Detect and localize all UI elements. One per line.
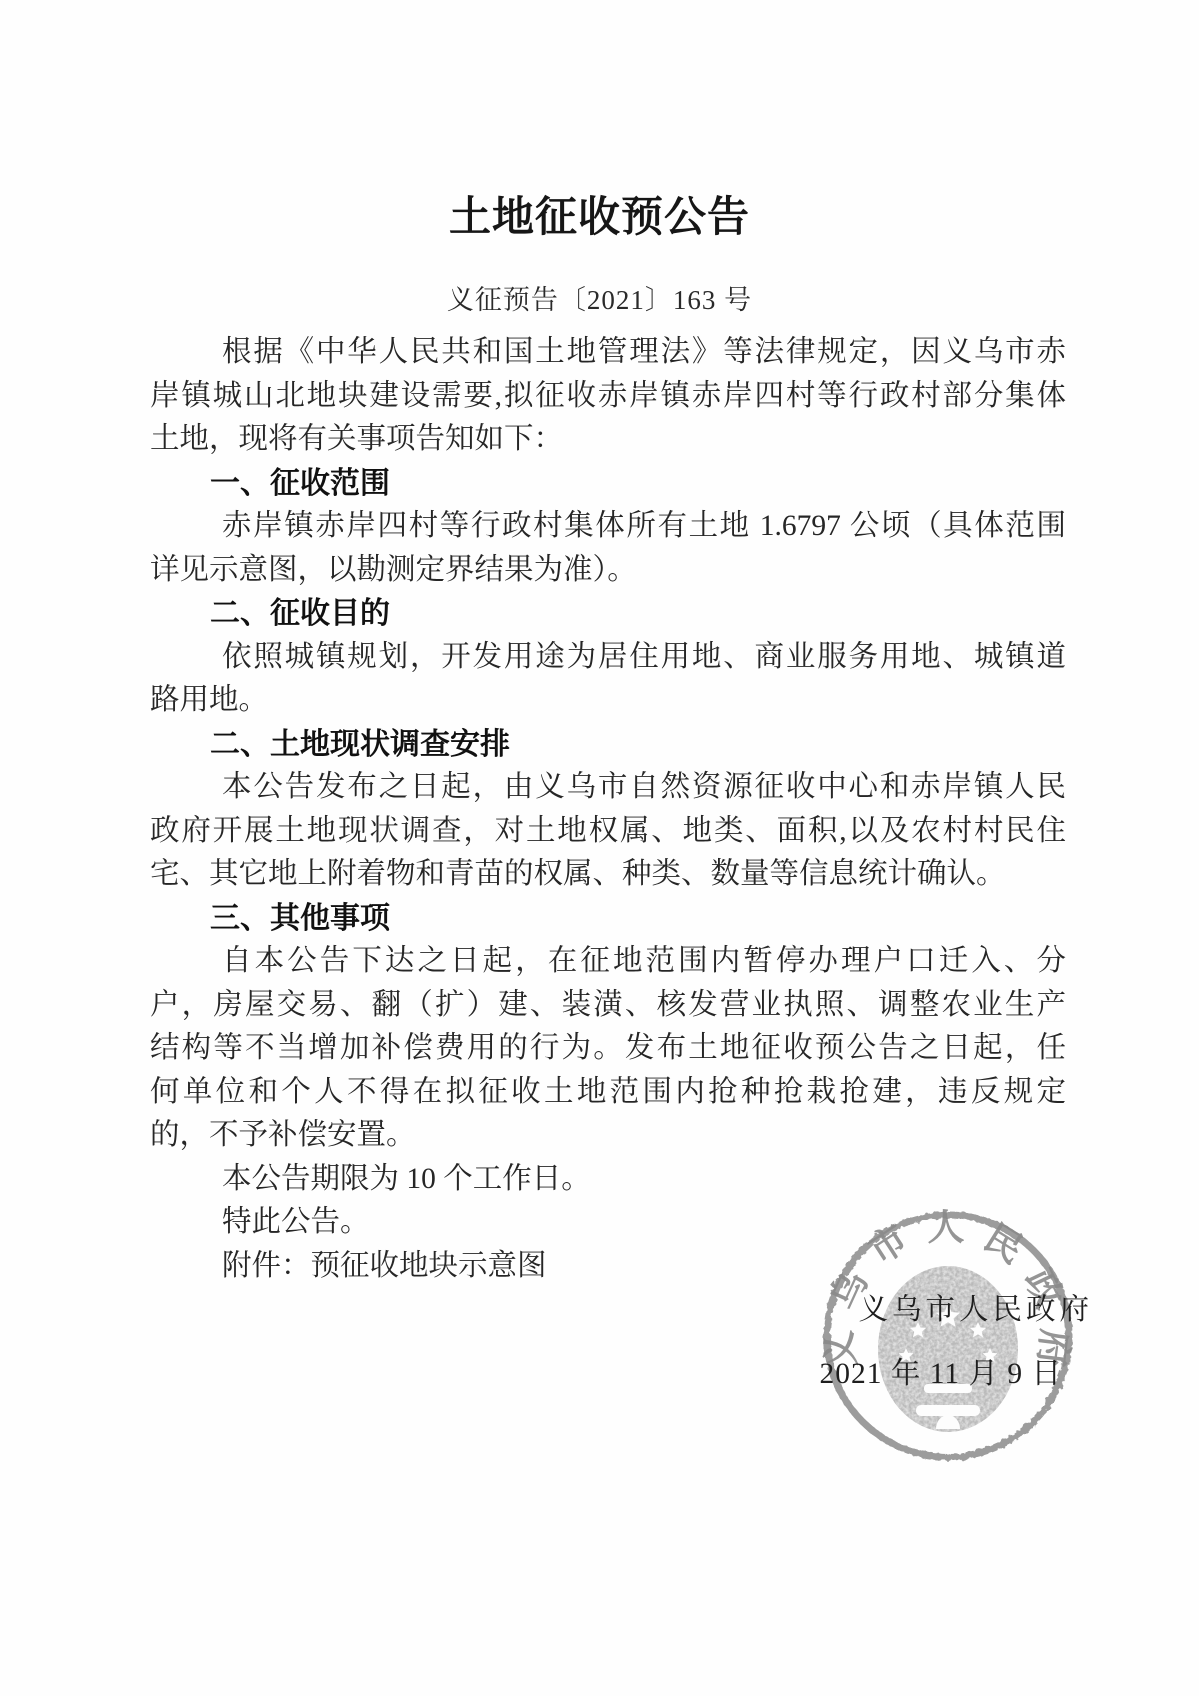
doc-line: 本公告发布之日起，由义乌市自然资源征收中心和赤岸镇人民 <box>150 766 1066 810</box>
issue-date: 2021 年 11 月 9 日 <box>819 1350 1062 1392</box>
doc-line: 赤岸镇赤岸四村等行政村集体所有土地 1.6797 公顷（具体范围 <box>150 505 1066 549</box>
section-heading: 一、征收范围 <box>150 462 1066 506</box>
doc-line: 详见示意图，以勘测定界结果为准）。 <box>150 549 1066 593</box>
doc-line: 依照城镇规划，开发用途为居住用地、商业服务用地、城镇道 <box>150 636 1066 680</box>
doc-line: 政府开展土地现状调查，对土地权属、地类、面积,以及农村村民住 <box>150 810 1066 854</box>
section-heading: 二、土地现状调查安排 <box>150 723 1066 767</box>
doc-line: 何单位和个人不得在拟征收土地范围内抢种抢栽抢建，违反规定 <box>150 1071 1066 1115</box>
doc-line: 自本公告下达之日起，在征地范围内暂停办理户口迁入、分 <box>150 940 1066 984</box>
doc-line: 宅、其它地上附着物和青苗的权属、种类、数量等信息统计确认。 <box>150 853 1066 897</box>
doc-line: 的，不予补偿安置。 <box>150 1114 1066 1158</box>
doc-line: 岸镇城山北地块建设需要,拟征收赤岸镇赤岸四村等行政村部分集体 <box>150 375 1066 419</box>
official-seal-icon: 义乌市人民政府 <box>806 1196 1090 1480</box>
document-body: 根据《中华人民共和国土地管理法》等法律规定，因义乌市赤岸镇城山北地块建设需要,拟… <box>150 331 1066 1288</box>
document-number: 义征预告〔2021〕163 号 <box>0 283 1199 317</box>
doc-line: 本公告期限为 10 个工作日。 <box>150 1158 1066 1202</box>
section-heading: 二、征收目的 <box>150 592 1066 636</box>
document-page: 土地征收预公告 义征预告〔2021〕163 号 根据《中华人民共和国土地管理法》… <box>0 0 1199 1696</box>
doc-line: 结构等不当增加补偿费用的行为。发布土地征收预公告之日起，任 <box>150 1027 1066 1071</box>
doc-line: 根据《中华人民共和国土地管理法》等法律规定，因义乌市赤 <box>150 331 1066 375</box>
doc-line: 路用地。 <box>150 679 1066 723</box>
issuer-name: 义乌市人民政府 <box>858 1286 1093 1328</box>
doc-line: 户，房屋交易、翻（扩）建、装潢、核发营业执照、调整农业生产 <box>150 984 1066 1028</box>
section-heading: 三、其他事项 <box>150 897 1066 941</box>
document-title: 土地征收预公告 <box>0 193 1199 243</box>
doc-line: 土地，现将有关事项告知如下： <box>150 418 1066 462</box>
